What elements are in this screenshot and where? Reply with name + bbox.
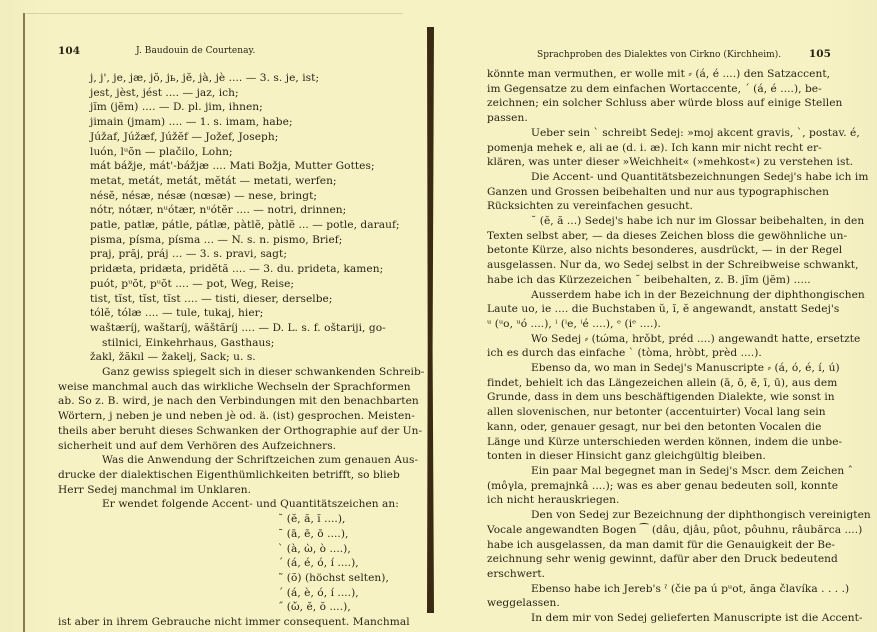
paragraph: Die Accent- und Quantitätsbezeichnungen …	[487, 170, 813, 214]
closing-line: ist aber in ihrem Gebrauche nicht immer …	[58, 615, 393, 630]
text-line: theils aber beruht dieses Schwanken der …	[58, 424, 393, 439]
glossary-entry: tólĕ, tólæ .... — tule, tukaj, hier;	[90, 306, 393, 321]
glossary-entry: jĭm (jĕm) .... — D. pl. jim, ihnen;	[90, 100, 393, 115]
left-page-number: 104	[58, 44, 80, 59]
glossary-entry: praj, prăj, práj ... — 3. s. pravi, sagt…	[90, 247, 393, 262]
right-running-title: Sprachproben des Dialektes von Cirkno (K…	[537, 48, 781, 63]
paragraph-schriftzeichen: Was die Anwendung der Schriftzeichen zum…	[58, 453, 393, 497]
left-page-edge-line	[23, 13, 25, 632]
paragraph-accent-intro: Er wendet folgende Accent- und Quantität…	[58, 497, 393, 512]
paragraph: Ueber sein ` schreibt Sedej: »moj akcent…	[487, 126, 813, 170]
text-line: weggelassen.	[487, 596, 813, 611]
paragraph: könnte man vermuthen, er wolle mit ⸗ (á,…	[487, 67, 813, 126]
text-line: Ueber sein ` schreibt Sedej: »moj akcent…	[487, 126, 813, 141]
text-line: betonte Kürze, also nichts besonderes, a…	[487, 243, 813, 258]
text-line: allen slovenischen, nur betonter (accent…	[487, 405, 813, 420]
glossary-entry: jimain (jmam) .... — 1. s. imam, habe;	[90, 115, 393, 130]
text-line: Was die Anwendung der Schriftzeichen zum…	[58, 453, 393, 468]
accent-mark-tilde: ˜ (õ) (höchst selten),	[278, 571, 393, 586]
paragraph: Ein paar Mal begegnet man in Sedej's Msc…	[487, 464, 813, 508]
glossary-entry: mát bážje, mát'-bážjæ .... Mati Božja, M…	[90, 159, 393, 174]
glossary-entry: metat, metát, metát, mĕtát — metati, wer…	[90, 174, 393, 189]
text-line: Ein paar Mal begegnet man in Sedej's Msc…	[487, 464, 813, 479]
text-line: Herr Sedej manchmal im Unklaren.	[58, 483, 393, 498]
text-line: Ausserdem habe ich in der Bezeichnung de…	[487, 288, 813, 303]
paragraph: ˘ (ĕ, ă ...) Sedej's habe ich nur im Glo…	[487, 214, 813, 288]
left-page: 104 J. Baudouin de Courtenay. j, j', je,…	[58, 44, 393, 630]
glossary-entry: nótr, nótær, nᵘótær, nᵘótĕr .... — notri…	[90, 203, 393, 218]
glossary-list: j, j', je, jæ, jŏ, jь, jĕ, jà, jè .... —…	[58, 71, 393, 365]
glossary-entry: j, j', je, jæ, jŏ, jь, jĕ, jà, jè .... —…	[90, 71, 393, 86]
glossary-entry: nésĕ, nésæ, nésæ (nœsæ) — nese, bringt;	[90, 189, 393, 204]
text-line: tonten in dieser Hinsicht ganz gleichgül…	[487, 449, 813, 464]
text-line: Ebenso da, wo man in Sedej's Manuscripte…	[487, 361, 813, 376]
text-line: Ebenso habe ich Jereb's ˀ (čie pa ú pᵘot…	[487, 582, 813, 597]
accent-mark-acute-variant: ´ (á, è, ó, í ....),	[278, 586, 393, 601]
text-line: Die Accent- und Quantitätsbezeichnungen …	[487, 170, 813, 185]
text-line: Vocale angewandten Bogen ⁀ (dâu, djâu, p…	[487, 523, 813, 538]
glossary-entry: pridæta, pridæta, pridĕtă .... — 3. du. …	[90, 262, 393, 277]
glossary-entry: žakl, žăkıl — žakelj, Sack; u. s.	[90, 350, 393, 365]
glossary-entry: patle, patlæ, pátle, pátlæ, pàtlĕ, pàtlĕ…	[90, 218, 393, 233]
text-line: sicherheit und auf dem Verhören des Aufz…	[58, 439, 393, 454]
accent-mark-macron: ¯ (ā, ē, ō ....),	[278, 527, 393, 542]
accent-mark-double: ˝ (ὤ, ĕ, ŏ ....),	[278, 600, 393, 615]
glossary-entry: luón, lᵘŏn — plačilo, Lohn;	[90, 145, 393, 160]
text-line: passen.	[487, 111, 813, 126]
left-running-head: 104 J. Baudouin de Courtenay.	[58, 44, 393, 60]
text-line: In dem mir von Sedej gelieferten Manuscr…	[487, 611, 813, 626]
paragraph-schwankung: Ganz gewiss spiegelt sich in dieser schw…	[58, 365, 393, 453]
text-line: im Gegensatze zu dem einfachen Wortaccen…	[487, 82, 813, 97]
glossary-entry: waštæríj, waštaríj, wăštăríj .... — D. L…	[90, 321, 393, 336]
text-line: Wo Sedej ⸗ (tώma, hrǒbt, préd ....) ange…	[487, 332, 813, 347]
paragraph: In dem mir von Sedej gelieferten Manuscr…	[487, 611, 813, 626]
text-line: pomenja mehek e, ali ae (d. i. æ). Ich k…	[487, 141, 813, 156]
left-running-title: J. Baudouin de Courtenay.	[136, 44, 255, 59]
text-line: ˘ (ĕ, ă ...) Sedej's habe ich nur im Glo…	[487, 214, 813, 229]
paragraph: Den von Sedej zur Bezeichnung der diphth…	[487, 508, 813, 582]
glossary-entry: pisma, písma, písma ... — N. s. n. pismo…	[90, 233, 393, 248]
text-line: Länge und Kürze unterschieden werden kön…	[487, 435, 813, 450]
paragraph: Ebenso habe ich Jereb's ˀ (čie pa ú pᵘot…	[487, 582, 813, 611]
text-line: ich es durch das einfache ` (tòma, hròbt…	[487, 346, 813, 361]
text-line: Wörtern, j neben je und neben jè od. ä. …	[58, 409, 393, 424]
text-line: könnte man vermuthen, er wolle mit ⸗ (á,…	[487, 67, 813, 82]
accent-mark-grave: ` (à, ὼ, ò ....),	[278, 542, 393, 557]
text-line: Ganzen und Grossen beibehalten und nur a…	[487, 185, 813, 200]
text-line: Grunde, dass in dem uns beschäftigenden …	[487, 390, 813, 405]
text-line: erschwert.	[487, 567, 813, 582]
text-line: kann, oder, genauer gesagt, nur bei den …	[487, 420, 813, 435]
text-line: Den von Sedej zur Bezeichnung der diphth…	[487, 508, 813, 523]
text-line: (môγla, premajnkâ ....); was es aber gen…	[487, 479, 813, 494]
text-line: weise manchmal auch das wirkliche Wechse…	[58, 380, 393, 395]
paragraph: Ebenso da, wo man in Sedej's Manuscripte…	[487, 361, 813, 464]
text-line: klären, was unter dieser »Weichheit« (»m…	[487, 155, 813, 170]
text-line: Ganz gewiss spiegelt sich in dieser schw…	[58, 365, 393, 380]
text-line: habe ich ausgelassen, da man damit für d…	[487, 538, 813, 553]
accent-mark-breve: ˘ (ĕ, ă, ĭ ....),	[278, 512, 393, 527]
text-line: zeichnung sehr wenig gewinnt, dafür aber…	[487, 552, 813, 567]
glossary-entry: tist, tĭst, tĭst, tĭst .... — tisti, die…	[90, 292, 393, 307]
accent-marks-list: ˘ (ĕ, ă, ĭ ....), ¯ (ā, ē, ō ....), ` (à…	[58, 512, 393, 615]
text-line: ausgelassen. Nur da, wo Sedej selbst in …	[487, 258, 813, 273]
right-page: Sprachproben des Dialektes von Cirkno (K…	[487, 44, 813, 626]
right-running-head: Sprachproben des Dialektes von Cirkno (K…	[487, 44, 813, 60]
text-line: drucke der dialektischen Eigenthümlichke…	[58, 468, 393, 483]
text-line: Rücksichten zu vereinfachen gesucht.	[487, 199, 813, 214]
text-line: Laute uo, ie .... die Buchstaben ŭ, ĭ, ĕ…	[487, 302, 813, 317]
accent-mark-acute: ´ (á, é, ó, í ....),	[278, 556, 393, 571]
text-line: ᵘ (ᵘo, ᵘó ....), ⁱ (ⁱe, ⁱé ....), ᵉ (iᵉ …	[487, 317, 813, 332]
text-line: habe ich das Kürzezeichen ˘ beibehalten,…	[487, 273, 813, 288]
glossary-entry: Júžaf, Júžæf, Júžĕf — Jožef, Joseph;	[90, 130, 393, 145]
text-line: Texten selbst aber, — da dieses Zeichen …	[487, 229, 813, 244]
glossary-entry: puót, pᵘŏt, pᵘŏt .... — pot, Weg, Reise;	[90, 277, 393, 292]
left-page-top-edge	[23, 13, 403, 14]
glossary-entry-continuation: stilnici, Einkehrhaus, Gasthaus;	[90, 336, 393, 351]
glossary-entry: jest, jèst, jést .... — jaz, ich;	[90, 86, 393, 101]
text-line: ist aber in ihrem Gebrauche nicht immer …	[58, 615, 393, 630]
paragraph: Ausserdem habe ich in der Bezeichnung de…	[487, 288, 813, 332]
text-line: Er wendet folgende Accent- und Quantität…	[58, 497, 393, 512]
right-page-number: 105	[809, 47, 831, 62]
text-line: findet, behielt ich das Längezeichen all…	[487, 376, 813, 391]
text-line: ab. So z. B. wird, je nach den Verbindun…	[58, 394, 393, 409]
text-line: zeichnen; ein solcher Schluss aber würde…	[487, 96, 813, 111]
paragraph: Wo Sedej ⸗ (tώma, hrǒbt, préd ....) ange…	[487, 332, 813, 361]
right-page-body: könnte man vermuthen, er wolle mit ⸗ (á,…	[487, 67, 813, 626]
text-line: ich nicht herauskriegen.	[487, 493, 813, 508]
